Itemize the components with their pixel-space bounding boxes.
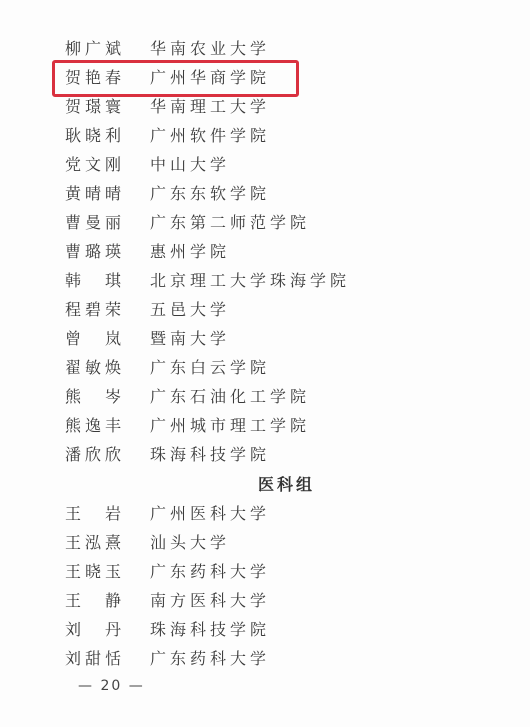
person-name: 柳广斌: [65, 37, 125, 61]
institution-name: 广东第二师范学院: [150, 211, 310, 235]
person-name: 曹璐瑛: [65, 240, 125, 264]
institution-name: 广州医科大学: [150, 502, 270, 526]
institution-name: 广州软件学院: [150, 124, 270, 148]
institution-name: 汕头大学: [150, 531, 230, 555]
institution-name: 华南理工大学: [150, 95, 270, 119]
person-name: 熊逸丰: [65, 414, 125, 438]
person-name: 刘 丹: [65, 618, 125, 642]
person-name: 贺璟寰: [65, 95, 125, 119]
person-name: 耿晓利: [65, 124, 125, 148]
person-name: 曾 岚: [65, 327, 125, 351]
person-name: 程碧荣: [65, 298, 125, 322]
institution-name: 广东药科大学: [150, 560, 270, 584]
person-name: 王 岩: [65, 502, 125, 526]
institution-name: 惠州学院: [150, 240, 230, 264]
person-name: 党文刚: [65, 153, 125, 177]
person-name: 韩 琪: [65, 269, 125, 293]
institution-name: 华南农业大学: [150, 37, 270, 61]
person-name: 黄晴晴: [65, 182, 125, 206]
highlight-annotation-box: [52, 60, 299, 97]
person-name: 刘甜恬: [65, 647, 125, 671]
person-name: 曹曼丽: [65, 211, 125, 235]
institution-name: 五邑大学: [150, 298, 230, 322]
section-title: 医科组: [258, 473, 315, 497]
institution-name: 南方医科大学: [150, 589, 270, 613]
page-number: — 20 —: [78, 678, 145, 694]
institution-name: 广州城市理工学院: [150, 414, 310, 438]
person-name: 王泓熹: [65, 531, 125, 555]
institution-name: 广东白云学院: [150, 356, 270, 380]
institution-name: 广东东软学院: [150, 182, 270, 206]
institution-name: 暨南大学: [150, 327, 230, 351]
person-name: 潘欣欣: [65, 443, 125, 467]
person-name: 翟敏焕: [65, 356, 125, 380]
document-page: 柳广斌 华南农业大学 贺艳春 广州华商学院 贺璟寰 华南理工大学 耿晓利 广州软…: [0, 0, 530, 727]
institution-name: 珠海科技学院: [150, 618, 270, 642]
person-name: 熊 岑: [65, 385, 125, 409]
institution-name: 珠海科技学院: [150, 443, 270, 467]
institution-name: 广东石油化工学院: [150, 385, 310, 409]
institution-name: 广东药科大学: [150, 647, 270, 671]
person-name: 王晓玉: [65, 560, 125, 584]
institution-name: 中山大学: [150, 153, 230, 177]
person-name: 王 静: [65, 589, 125, 613]
institution-name: 北京理工大学珠海学院: [150, 269, 350, 293]
